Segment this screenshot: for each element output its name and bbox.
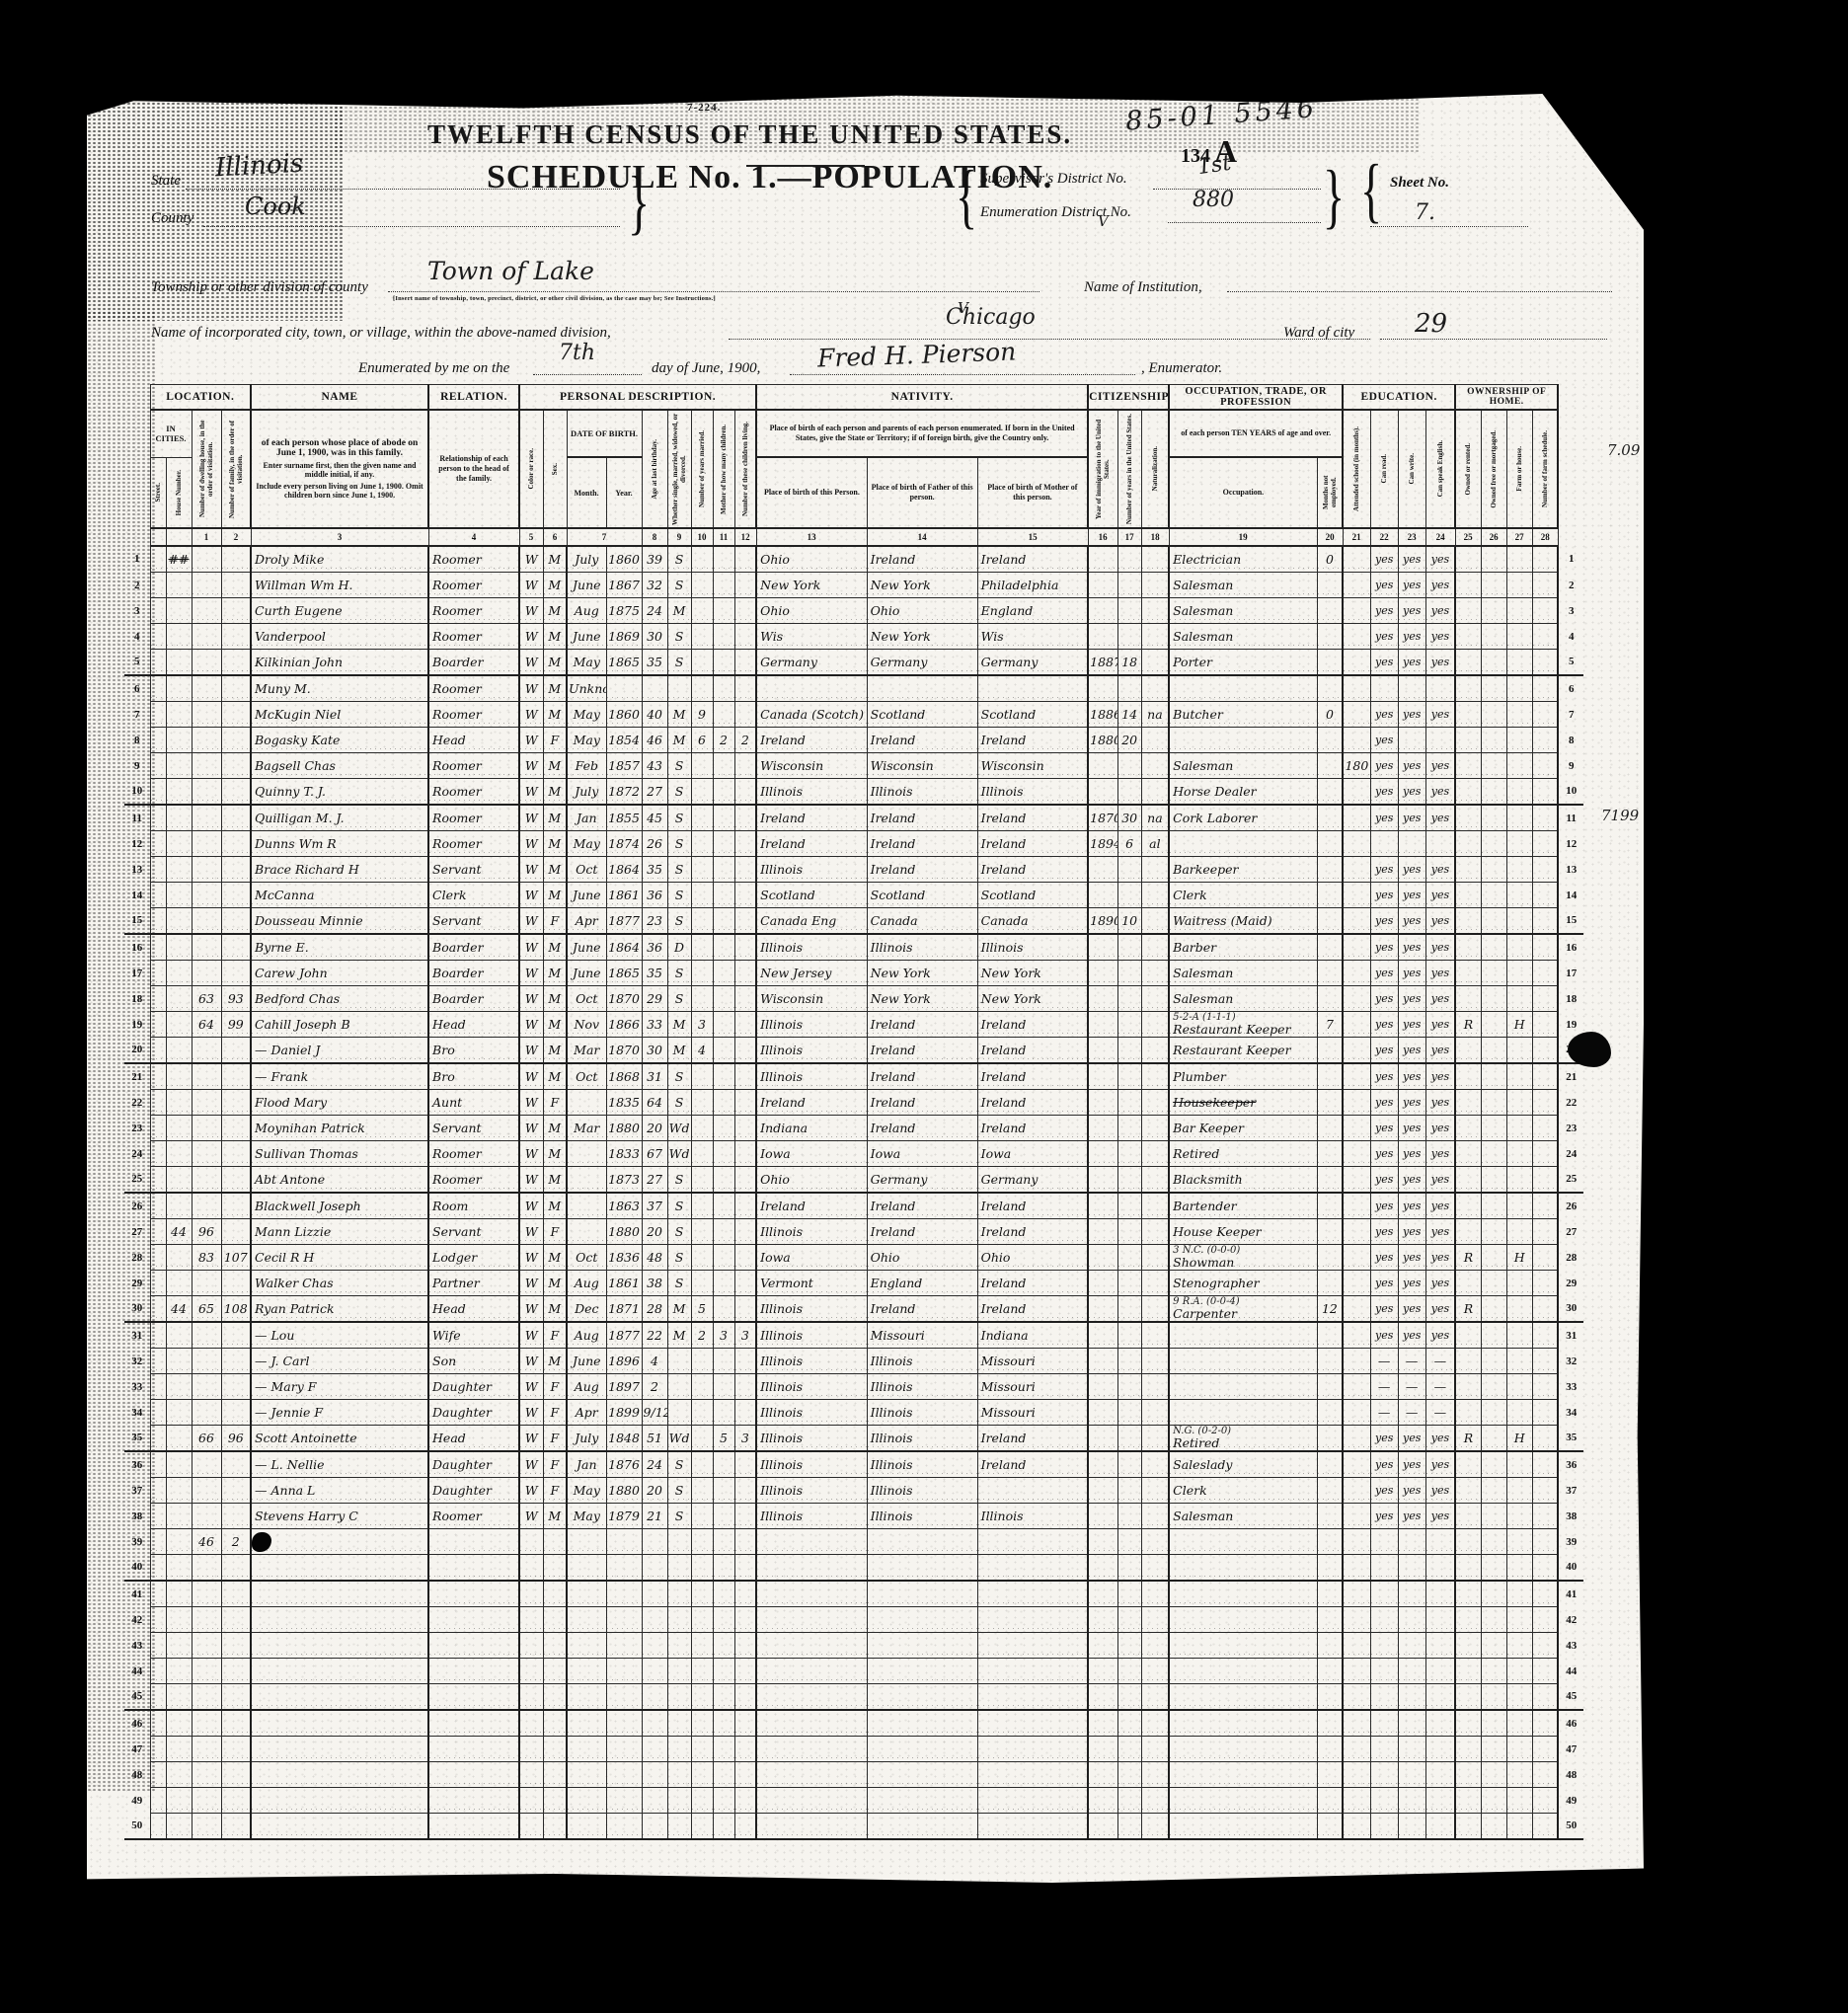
cell-months-unemployed: [1317, 986, 1343, 1012]
cell-house: [166, 1684, 192, 1711]
row-number-left: 15: [124, 908, 150, 935]
occupation-value: Salesman: [1173, 991, 1233, 1006]
cell-imm-year: [1088, 1607, 1117, 1633]
cell-months-unemployed: [1317, 650, 1343, 676]
cell-month: Feb: [567, 753, 606, 779]
cell-farm-schedule: [1532, 1245, 1558, 1271]
cell-birth-person: Illinois: [756, 1504, 867, 1529]
cell-house: [166, 1478, 192, 1504]
cell-relation: Lodger: [428, 1245, 519, 1271]
cell-months-unemployed: [1317, 1141, 1343, 1167]
table-row: 4848: [124, 1762, 1583, 1788]
cell-month: May: [567, 1504, 606, 1529]
cell-relation: Boarder: [428, 934, 519, 961]
cell-months-unemployed: [1317, 1529, 1343, 1555]
cell-can-read: yes: [1370, 1167, 1398, 1194]
cell-name: — L. Nellie: [251, 1451, 428, 1478]
cell-naturalization: [1141, 1504, 1169, 1529]
cell-can-read: yes: [1370, 1271, 1398, 1296]
cell-can-read: —: [1370, 1400, 1398, 1426]
cell-birth-father: Missouri: [867, 1322, 977, 1349]
county-label: County: [151, 210, 193, 227]
cell-farm-schedule: [1532, 883, 1558, 908]
cell-imm-year: [1088, 1400, 1117, 1426]
cell-can-write: yes: [1398, 1063, 1425, 1090]
cell-school: 180: [1343, 753, 1370, 779]
row-number-left: 20: [124, 1038, 150, 1064]
cell-children-living: [734, 1607, 756, 1633]
cell-yrs-us: 10: [1117, 908, 1141, 935]
cell-family: [221, 573, 251, 598]
cell-name: [251, 1607, 428, 1633]
cell-year: 1871: [606, 1296, 642, 1323]
table-row: 4646: [124, 1710, 1583, 1737]
cell-children-living: [734, 831, 756, 857]
cell-birth-father: Illinois: [867, 779, 977, 806]
cell-mortgage: [1481, 1555, 1506, 1582]
cell-month: [567, 1529, 606, 1555]
cell-family: [221, 1555, 251, 1582]
cell-can-write: —: [1398, 1400, 1425, 1426]
cell-mortgage: [1481, 1116, 1506, 1141]
cell-house: [166, 1012, 192, 1038]
cell-month: June: [567, 624, 606, 650]
cell-months-unemployed: [1317, 1581, 1343, 1607]
enumerated-suffix: , Enumerator.: [1141, 360, 1222, 377]
cell-can-write: [1398, 1607, 1425, 1633]
cell-birth-mother: Indiana: [977, 1322, 1088, 1349]
cell-sex: [543, 1788, 567, 1814]
cell-owned: R: [1455, 1296, 1481, 1323]
cell-children-living: [734, 1063, 756, 1090]
cell-naturalization: al: [1141, 831, 1169, 857]
cell-marital: S: [667, 1193, 691, 1219]
cell-naturalization: [1141, 650, 1169, 676]
cell-house: [166, 1167, 192, 1194]
ward-value: 29: [1415, 309, 1447, 339]
cell-farm-house: [1506, 546, 1532, 573]
cell-birth-person: Vermont: [756, 1271, 867, 1296]
cell-yrs-us: [1117, 986, 1141, 1012]
cell-dwelling: 46: [192, 1529, 221, 1555]
cell-street: [150, 1607, 166, 1633]
cell-dwelling: [192, 1038, 221, 1064]
cell-yrs-married: [691, 1063, 713, 1090]
cell-dwelling: [192, 831, 221, 857]
cell-children-living: [734, 753, 756, 779]
cell-sex: M: [543, 573, 567, 598]
cell-farm-house: [1506, 1737, 1532, 1762]
cell-owned: [1455, 1322, 1481, 1349]
cell-farm-house: [1506, 1400, 1532, 1426]
cell-color: W: [519, 1400, 543, 1426]
cell-family: [221, 1322, 251, 1349]
cell-family: 108: [221, 1296, 251, 1323]
cell-year: 1861: [606, 1271, 642, 1296]
township-value: Town of Lake: [427, 257, 594, 285]
cell-school: [1343, 1116, 1370, 1141]
cell-age: [642, 1684, 667, 1711]
cell-farm-house: [1506, 908, 1532, 935]
cell-mother-of: [713, 1400, 734, 1426]
table-row: 10Quinny T. J.RoomerWMJuly187227SIllinoi…: [124, 779, 1583, 806]
cell-mother-of: [713, 650, 734, 676]
occupation-value: Horse Dealer: [1173, 784, 1256, 799]
cell-can-write: yes: [1398, 1451, 1425, 1478]
table-row: 9Bagsell ChasRoomerWMFeb185743SWisconsin…: [124, 753, 1583, 779]
cell-birth-father: Ohio: [867, 598, 977, 624]
cell-relation: Bro: [428, 1063, 519, 1090]
header-can-speak: Can speak English.: [1425, 410, 1455, 528]
table-row: 38Stevens Harry CRoomerWMMay187921SIllin…: [124, 1504, 1583, 1529]
row-number-right: 42: [1558, 1607, 1583, 1633]
cell-sex: [543, 1529, 567, 1555]
cell-naturalization: [1141, 1478, 1169, 1504]
cell-farm-schedule: [1532, 986, 1558, 1012]
cell-farm-house: [1506, 1193, 1532, 1219]
cell-age: [642, 675, 667, 702]
cell-birth-mother: Wisconsin: [977, 753, 1088, 779]
cell-age: 38: [642, 1271, 667, 1296]
cell-school: [1343, 1400, 1370, 1426]
header-dob: DATE OF BIRTH.: [567, 410, 642, 457]
cell-birth-person: Ohio: [756, 546, 867, 573]
header-owned: Owned or rented.: [1455, 410, 1481, 528]
column-number-blank: [166, 528, 192, 546]
cell-house: [166, 1762, 192, 1788]
occupation-annotation: 5-2-A (1-1-1): [1173, 1013, 1314, 1022]
cell-yrs-us: [1117, 1063, 1141, 1090]
cell-naturalization: [1141, 1659, 1169, 1684]
cell-sex: M: [543, 1038, 567, 1064]
cell-naturalization: [1141, 1814, 1169, 1840]
cell-street: [150, 1710, 166, 1737]
cell-family: [221, 1219, 251, 1245]
cell-children-living: [734, 1451, 756, 1478]
cell-imm-year: [1088, 1710, 1117, 1737]
cell-street: [150, 1271, 166, 1296]
cell-street: [150, 1374, 166, 1400]
cell-occupation: [1169, 1581, 1317, 1607]
cell-months-unemployed: [1317, 1737, 1343, 1762]
cell-birth-father: Ireland: [867, 805, 977, 831]
cell-sex: M: [543, 1193, 567, 1219]
occupation-value: Barber: [1173, 940, 1216, 955]
cell-yrs-married: [691, 1116, 713, 1141]
cell-yrs-us: [1117, 1400, 1141, 1426]
cell-month: Apr: [567, 1400, 606, 1426]
cell-can-speak: yes: [1425, 1063, 1455, 1090]
cell-dwelling: [192, 753, 221, 779]
cell-school: [1343, 728, 1370, 753]
cell-dwelling: [192, 573, 221, 598]
table-row: 3Curth EugeneRoomerWMAug187524MOhioOhioE…: [124, 598, 1583, 624]
enumerated-day: 7th: [559, 341, 595, 365]
cell-marital: S: [667, 857, 691, 883]
cell-mother-of: [713, 961, 734, 986]
cell-yrs-married: [691, 573, 713, 598]
cell-month: Nov: [567, 1012, 606, 1038]
cell-farm-schedule: [1532, 1141, 1558, 1167]
cell-farm-schedule: [1532, 779, 1558, 806]
cell-can-speak: —: [1425, 1374, 1455, 1400]
cell-farm-schedule: [1532, 1607, 1558, 1633]
cell-naturalization: [1141, 728, 1169, 753]
cell-dwelling: [192, 1063, 221, 1090]
cell-mortgage: [1481, 1012, 1506, 1038]
cell-relation: Servant: [428, 1219, 519, 1245]
cell-family: [221, 805, 251, 831]
cell-birth-mother: Wis: [977, 624, 1088, 650]
cell-birth-person: Illinois: [756, 1400, 867, 1426]
cell-dwelling: [192, 779, 221, 806]
cell-age: 35: [642, 961, 667, 986]
cell-can-write: yes: [1398, 753, 1425, 779]
column-number-1: 1: [192, 528, 221, 546]
cell-can-write: [1398, 1529, 1425, 1555]
row-number-right: 48: [1558, 1762, 1583, 1788]
cell-marital: [667, 1737, 691, 1762]
cell-occupation: Salesman: [1169, 598, 1317, 624]
cell-farm-house: [1506, 1581, 1532, 1607]
cell-months-unemployed: [1317, 1219, 1343, 1245]
cell-owned: [1455, 1737, 1481, 1762]
cell-imm-year: [1088, 1038, 1117, 1064]
cell-owned: [1455, 1219, 1481, 1245]
cell-birth-mother: [977, 1762, 1088, 1788]
cell-months-unemployed: [1317, 675, 1343, 702]
cell-occupation: Horse Dealer: [1169, 779, 1317, 806]
cell-children-living: [734, 1504, 756, 1529]
cell-street: [150, 1504, 166, 1529]
cell-mortgage: [1481, 908, 1506, 935]
cell-farm-schedule: [1532, 598, 1558, 624]
cell-house: [166, 702, 192, 728]
header-dwelling-number: Number of dwelling house, in the order o…: [192, 410, 221, 528]
cell-birth-father: Germany: [867, 1167, 977, 1194]
cell-naturalization: [1141, 1684, 1169, 1711]
cell-children-living: [734, 1478, 756, 1504]
cell-family: [221, 883, 251, 908]
cell-farm-house: [1506, 1451, 1532, 1478]
cell-mother-of: [713, 624, 734, 650]
cell-marital: M: [667, 728, 691, 753]
row-number-left: 43: [124, 1633, 150, 1659]
township-label: Township or other division of county: [151, 279, 368, 296]
cell-months-unemployed: [1317, 934, 1343, 961]
cell-mortgage: [1481, 753, 1506, 779]
cell-birth-mother: [977, 1529, 1088, 1555]
cell-color: W: [519, 1296, 543, 1323]
row-number-right: 8: [1558, 728, 1583, 753]
cell-naturalization: [1141, 675, 1169, 702]
cell-year: 1870: [606, 986, 642, 1012]
cell-imm-year: [1088, 573, 1117, 598]
cell-family: 2: [221, 1529, 251, 1555]
cell-imm-year: [1088, 1063, 1117, 1090]
cell-yrs-us: [1117, 1374, 1141, 1400]
cell-age: 27: [642, 779, 667, 806]
cell-children-living: [734, 1038, 756, 1064]
cell-name: Vanderpool: [251, 624, 428, 650]
column-number-6: 6: [543, 528, 567, 546]
cell-children-living: [734, 857, 756, 883]
cell-color: W: [519, 753, 543, 779]
margin-note: 7.09: [1607, 441, 1640, 459]
cell-school: [1343, 1684, 1370, 1711]
cell-owned: [1455, 650, 1481, 676]
cell-birth-father: New York: [867, 573, 977, 598]
cell-month: Unknown: [567, 675, 606, 702]
cell-age: 27: [642, 1167, 667, 1194]
cell-naturalization: [1141, 546, 1169, 573]
cell-mother-of: [713, 1504, 734, 1529]
cell-birth-father: New York: [867, 624, 977, 650]
cell-relation: Clerk: [428, 883, 519, 908]
cell-birth-father: Ireland: [867, 1063, 977, 1090]
row-number-left: 42: [124, 1607, 150, 1633]
cell-farm-house: [1506, 598, 1532, 624]
cell-year: 1868: [606, 1063, 642, 1090]
cell-can-write: yes: [1398, 961, 1425, 986]
row-number-left: 19: [124, 1012, 150, 1038]
cell-owned: [1455, 728, 1481, 753]
row-number-left: 4: [124, 624, 150, 650]
cell-children-living: [734, 598, 756, 624]
cell-color: W: [519, 1349, 543, 1374]
cell-mortgage: [1481, 1426, 1506, 1452]
cell-can-speak: yes: [1425, 1504, 1455, 1529]
cell-mother-of: [713, 1193, 734, 1219]
row-number-right: 4: [1558, 624, 1583, 650]
cell-marital: M: [667, 1038, 691, 1064]
cell-imm-year: [1088, 598, 1117, 624]
cell-dwelling: [192, 1451, 221, 1478]
cell-house: [166, 1038, 192, 1064]
row-number-right: 43: [1558, 1633, 1583, 1659]
cell-school: [1343, 1555, 1370, 1582]
cell-children-living: [734, 883, 756, 908]
row-number-right: 5: [1558, 650, 1583, 676]
table-row: 4949: [124, 1788, 1583, 1814]
cell-months-unemployed: [1317, 1684, 1343, 1711]
cell-birth-father: Ireland: [867, 1219, 977, 1245]
column-number-19: 19: [1169, 528, 1317, 546]
cell-owned: [1455, 908, 1481, 935]
cell-mother-of: 2: [713, 728, 734, 753]
cell-name: Dunns Wm R: [251, 831, 428, 857]
cell-birth-father: Canada: [867, 908, 977, 935]
row-number-left: 36: [124, 1451, 150, 1478]
cell-can-write: yes: [1398, 857, 1425, 883]
cell-mother-of: [713, 883, 734, 908]
cell-can-write: yes: [1398, 1141, 1425, 1167]
cell-yrs-us: 20: [1117, 728, 1141, 753]
header-year: Year.: [606, 457, 642, 528]
cell-owned: [1455, 1555, 1481, 1582]
cell-marital: [667, 1788, 691, 1814]
cell-yrs-us: [1117, 779, 1141, 806]
cell-farm-house: [1506, 831, 1532, 857]
cell-sex: F: [543, 1090, 567, 1116]
cell-can-write: yes: [1398, 546, 1425, 573]
cell-owned: [1455, 624, 1481, 650]
row-number-left: 35: [124, 1426, 150, 1452]
cell-house: [166, 1271, 192, 1296]
cell-month: June: [567, 934, 606, 961]
cell-name: [251, 1710, 428, 1737]
cell-birth-mother: Germany: [977, 650, 1088, 676]
cell-street: [150, 1788, 166, 1814]
cell-color: W: [519, 650, 543, 676]
cell-relation: Son: [428, 1349, 519, 1374]
cell-family: [221, 908, 251, 935]
cell-birth-person: [756, 1737, 867, 1762]
cell-imm-year: [1088, 1167, 1117, 1194]
cell-age: 35: [642, 650, 667, 676]
cell-year: 1877: [606, 908, 642, 935]
header-children-living: Number of these children living.: [734, 410, 756, 528]
cell-sex: M: [543, 1063, 567, 1090]
cell-marital: [667, 1349, 691, 1374]
cell-street: [150, 1296, 166, 1323]
cell-birth-father: Illinois: [867, 1400, 977, 1426]
cell-occupation: [1169, 1762, 1317, 1788]
cell-street: [150, 1426, 166, 1452]
row-number-right: 23: [1558, 1116, 1583, 1141]
cell-school: [1343, 1012, 1370, 1038]
cell-can-speak: —: [1425, 1400, 1455, 1426]
column-number-8: 8: [642, 528, 667, 546]
cell-naturalization: [1141, 1219, 1169, 1245]
cell-birth-father: Ireland: [867, 831, 977, 857]
cell-farm-schedule: [1532, 1426, 1558, 1452]
sheet-value: 7.: [1415, 200, 1435, 225]
cell-months-unemployed: [1317, 1349, 1343, 1374]
row-number-left: 45: [124, 1684, 150, 1711]
cell-can-write: [1398, 1684, 1425, 1711]
occupation-value: Salesman: [1173, 603, 1233, 618]
cell-yrs-us: [1117, 1659, 1141, 1684]
cell-mother-of: [713, 1271, 734, 1296]
cell-school: [1343, 1659, 1370, 1684]
row-number-left: 44: [124, 1659, 150, 1684]
cell-occupation: [1169, 1737, 1317, 1762]
cell-sex: M: [543, 1349, 567, 1374]
cell-relation: Room: [428, 1193, 519, 1219]
cell-can-read: [1370, 1555, 1398, 1582]
cell-children-living: [734, 1762, 756, 1788]
cell-farm-schedule: [1532, 961, 1558, 986]
cell-naturalization: [1141, 1426, 1169, 1452]
cell-dwelling: [192, 908, 221, 935]
cell-yrs-married: [691, 1141, 713, 1167]
cell-can-read: [1370, 1684, 1398, 1711]
cell-months-unemployed: [1317, 1245, 1343, 1271]
cell-birth-mother: Germany: [977, 1167, 1088, 1194]
cell-mortgage: [1481, 1762, 1506, 1788]
cell-color: W: [519, 675, 543, 702]
cell-birth-person: Illinois: [756, 779, 867, 806]
row-number-right: 21: [1558, 1063, 1583, 1090]
cell-house: [166, 934, 192, 961]
cell-family: [221, 1762, 251, 1788]
header-nativity-desc: Place of birth of each person and parent…: [756, 410, 1088, 457]
cell-can-write: [1398, 831, 1425, 857]
cell-birth-person: Wis: [756, 624, 867, 650]
cell-mother-of: 3: [713, 1322, 734, 1349]
cell-farm-schedule: [1532, 805, 1558, 831]
